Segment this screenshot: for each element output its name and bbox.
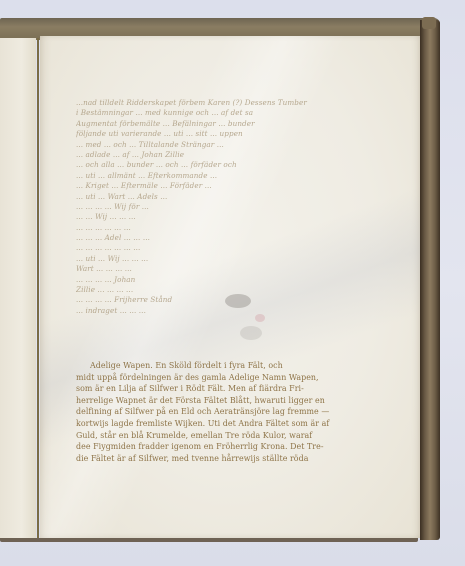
text-line: ... ... ... Adel ... ... ... [76,233,376,243]
text-line: som är en Lilja af Silfwer i Rödt Fält. … [76,383,376,395]
text-fragment: ... adlade ... af ... Johan Zillie [76,150,184,159]
text-line: midt uppå fördelningen är des gamla Adel… [76,372,376,384]
book-cover-bottom-edge [0,538,418,542]
manuscript-page: ...nad tilldelt Ridderskapet förbem Kare… [40,36,420,538]
text-line: ... ... ... ... Johan [76,275,376,285]
text-line: ...nad tilldelt Ridderskapet förbem Kare… [76,98,376,108]
text-line: kortwijs lagde fremliste Wijken. Uti det… [76,418,376,430]
text-line: Wart ... ... ... ... [76,264,376,274]
stain [240,326,262,340]
text-line: ... och alla ... bunder ... och ... förf… [76,160,376,170]
text-line: ... ... Wij ... ... ... [76,212,376,222]
binding-gutter [37,38,39,538]
text-line: ... uti ... Wij ... ... ... [76,254,376,264]
text-line: ... ... ... ... Wij för ... [76,202,376,212]
faint-text-block: ...nad tilldelt Ridderskapet förbem Kare… [76,98,376,316]
text-line: die Fältet är af Silfwer, med tvenne hår… [76,453,376,465]
text-line: ... Kriget ... Eftermäle ... Förfäder ..… [76,181,376,191]
text-line: dee Fiygmiden fradder igenom en Fröherrl… [76,441,376,453]
text-line: herrelige Wapnet är det Första Fältet Bl… [76,395,376,407]
text-line: Augmentat förbemälte ... Befälningar ...… [76,119,376,129]
text-line: följande uti varierande ... uti ... sitt… [76,129,376,139]
left-page [0,38,36,538]
text-line-with-name: ... adlade ... af ... Johan Zillie [76,150,376,160]
text-line: i Bestämningar ... med kunnige och ... a… [76,108,376,118]
book-cover-corner [422,17,436,29]
text-line: ... uti ... allmänt ... Efterkommande ..… [76,171,376,181]
text-line: Zillie ... ... ... ... [76,285,376,295]
text-line: ... uti ... Wart ... Adels ... [76,192,376,202]
text-line: ... med ... och ... Tilltalande Strängar… [76,140,376,150]
dark-text-block: Adelige Wapen. En Sköld fördelt i fyra F… [76,360,376,464]
text-line: Adelige Wapen. En Sköld fördelt i fyra F… [76,360,376,372]
text-line: ... indraget ... ... ... [76,306,376,316]
text-line: ... ... ... ... ... ... ... [76,243,376,253]
text-line: ... ... ... ... Frijherre Stånd [76,295,376,305]
text-line: delfining af Silfwer på en Eld och Aerat… [76,406,376,418]
book-cover-right-edge [420,20,440,540]
text-line: Guld, står en blå Krumelde, emellan Tre … [76,430,376,442]
text-line: ... ... ... ... ... ... [76,223,376,233]
